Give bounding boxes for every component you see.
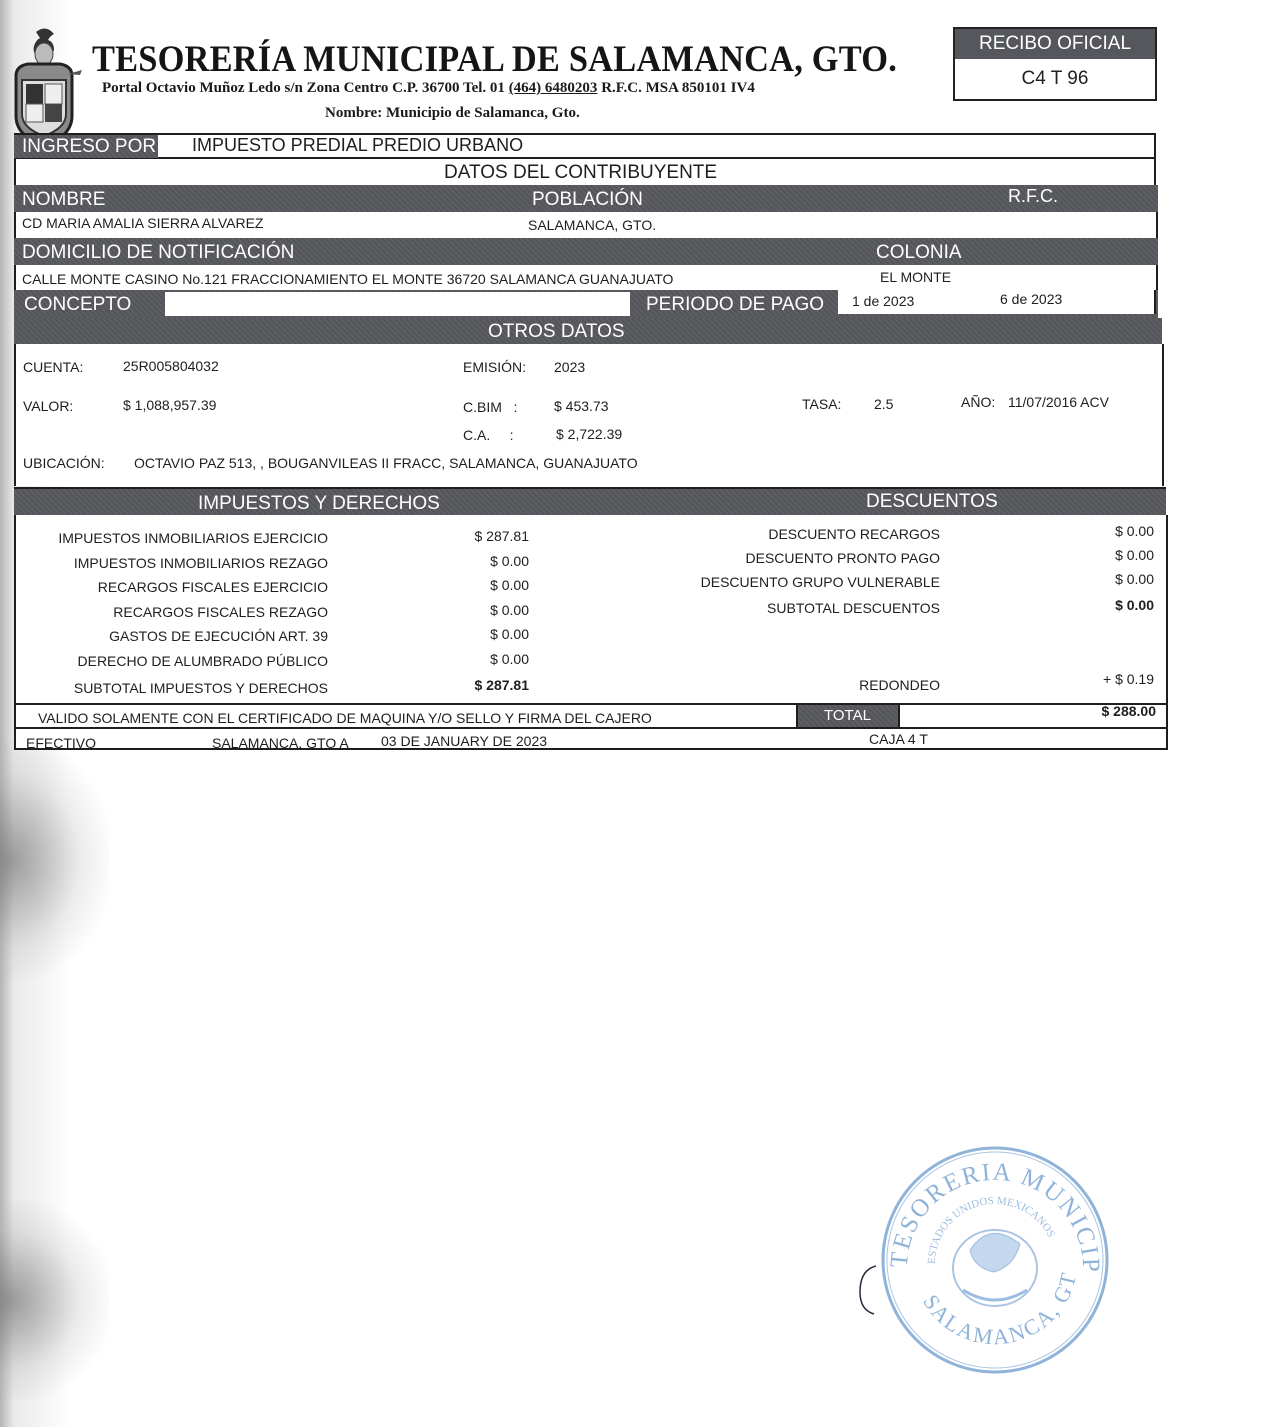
impuesto-item-label: DERECHO DE ALUMBRADO PÚBLICO — [78, 653, 329, 669]
concepto-label: CONCEPTO — [24, 294, 131, 316]
total-label-cell: TOTAL — [798, 705, 898, 727]
cuenta-value: 25R005804032 — [123, 358, 219, 374]
ca-label: C.A. : — [463, 427, 514, 443]
redondeo-value: + $ 0.19 — [1103, 671, 1154, 687]
rfc-label: R.F.C. — [1008, 186, 1058, 207]
header-entity-name: Nombre: Municipio de Salamanca, Gto. — [325, 105, 580, 122]
descuento-item-label: DESCUENTO GRUPO VULNERABLE — [701, 574, 940, 590]
valor-value: $ 1,088,957.39 — [123, 397, 216, 413]
descuentos-section-title: DESCUENTOS — [866, 491, 998, 513]
cbim-value: $ 453.73 — [554, 398, 609, 414]
divider — [898, 703, 900, 729]
otros-section-title: OTROS DATOS — [488, 321, 625, 343]
emision-value: 2023 — [554, 359, 585, 375]
ubicacion-label: UBICACIÓN: — [23, 455, 105, 471]
poblacion-value: SALAMANCA, GTO. — [528, 217, 656, 233]
receipt-box: RECIBO OFICIAL C4 T 96 — [953, 27, 1157, 101]
domicilio-data-row: CALLE MONTE CASINO No.121 FRACCIONAMIENT… — [14, 265, 1158, 290]
impuestos-subtotal-label: SUBTOTAL IMPUESTOS Y DERECHOS — [74, 680, 328, 696]
total-label: TOTAL — [824, 707, 871, 724]
impuesto-item-label: RECARGOS FISCALES REZAGO — [113, 604, 328, 620]
impuesto-item-amount: $ 0.00 — [490, 626, 529, 642]
ca-value: $ 2,722.39 — [556, 426, 622, 442]
emision-label: EMISIÓN: — [463, 359, 526, 375]
cuenta-label: CUENTA: — [23, 359, 83, 375]
contribuyente-data-row: CD MARIA AMALIA SIERRA ALVAREZ SALAMANCA… — [14, 212, 1158, 238]
impuesto-item-amount: $ 287.81 — [475, 528, 530, 544]
impuestos-descuentos-bar: IMPUESTOS Y DERECHOS DESCUENTOS — [14, 487, 1166, 515]
impuesto-item-label: RECARGOS FISCALES EJERCICIO — [98, 579, 328, 595]
impuestos-descuentos-panel: IMPUESTOS INMOBILIARIOS EJERCICIO$ 287.8… — [14, 515, 1168, 703]
validez-notice: VALIDO SOLAMENTE CON EL CERTIFICADO DE M… — [38, 710, 652, 726]
impuesto-item-amount: $ 0.00 — [490, 651, 529, 667]
ingreso-value: IMPUESTO PREDIAL PREDIO URBANO — [192, 135, 523, 156]
pago-row: EFECTIVO SALAMANCA, GTO A 03 DE JANUARY … — [14, 729, 1168, 750]
receipt-number: C4 T 96 — [955, 59, 1155, 99]
colonia-value: EL MONTE — [880, 269, 951, 285]
valor-label: VALOR: — [23, 398, 73, 414]
validez-total-row: VALIDO SOLAMENTE CON EL CERTIFICADO DE M… — [14, 703, 1168, 729]
anio-label: AÑO: — [961, 394, 995, 410]
scan-artifact — [0, 740, 110, 980]
tasa-value: 2.5 — [874, 396, 893, 412]
impuesto-item-label: IMPUESTOS INMOBILIARIOS EJERCICIO — [58, 530, 328, 546]
nombre-label: NOMBRE — [22, 189, 105, 211]
ubicacion-value: OCTAVIO PAZ 513, , BOUGANVILEAS II FRACC… — [134, 455, 638, 471]
ingreso-row — [14, 133, 1156, 159]
descuento-item-label: DESCUENTO PRONTO PAGO — [746, 550, 940, 566]
descuentos-subtotal-label: SUBTOTAL DESCUENTOS — [767, 600, 940, 616]
official-seal-icon: TESORERIA MUNICIPAL SALAMANCA, GTO. ESTA… — [875, 1140, 1115, 1380]
address-prefix: Portal Octavio Muñoz Ledo s/n Zona Centr… — [102, 80, 509, 96]
descuentos-subtotal-value: $ 0.00 — [1115, 597, 1154, 613]
domicilio-label: DOMICILIO DE NOTIFICACIÓN — [22, 242, 294, 264]
contribuyente-title-row: DATOS DEL CONTRIBUYENTE — [14, 159, 1156, 185]
poblacion-label: POBLACIÓN — [532, 189, 643, 211]
otros-datos-panel: CUENTA: 25R005804032 EMISIÓN: 2023 VALOR… — [14, 344, 1164, 486]
otros-datos-bar: OTROS DATOS — [14, 318, 1162, 344]
total-value: $ 288.00 — [1102, 703, 1157, 719]
periodo-hasta: 6 de 2023 — [1000, 291, 1062, 307]
anio-value: 11/07/2016 ACV — [1008, 394, 1109, 410]
cbim-label: C.BIM : — [463, 399, 517, 415]
redondeo-label: REDONDEO — [859, 677, 940, 693]
contribuyente-header-bar: NOMBRE POBLACIÓN R.F.C. — [14, 185, 1158, 212]
phone-number: (464) 6480203 — [509, 80, 598, 96]
caja: CAJA 4 T — [869, 731, 928, 747]
periodo-field: 1 de 2023 6 de 2023 — [838, 290, 1156, 314]
domicilio-value: CALLE MONTE CASINO No.121 FRACCIONAMIENT… — [22, 271, 673, 287]
scan-artifact — [0, 1200, 110, 1400]
impuesto-item-amount: $ 0.00 — [490, 553, 529, 569]
ingreso-label-cell: INGRESO POR — [14, 135, 158, 158]
colonia-label: COLONIA — [876, 242, 962, 264]
nombre-value: CD MARIA AMALIA SIERRA ALVAREZ — [22, 215, 263, 231]
impuesto-item-label: IMPUESTOS INMOBILIARIOS REZAGO — [74, 555, 328, 571]
ingreso-label: INGRESO POR — [22, 136, 156, 158]
header-address: Portal Octavio Muñoz Ledo s/n Zona Centr… — [102, 80, 755, 97]
periodo-label: PERIODO DE PAGO — [646, 294, 824, 316]
concepto-field — [165, 292, 630, 316]
page-title: TESORERÍA MUNICIPAL DE SALAMANCA, GTO. — [92, 38, 897, 81]
periodo-desde: 1 de 2023 — [852, 293, 914, 309]
receipt-label: RECIBO OFICIAL — [955, 29, 1155, 59]
contribuyente-section-title: DATOS DEL CONTRIBUYENTE — [444, 162, 717, 184]
descuento-item-amount: $ 0.00 — [1115, 571, 1154, 587]
descuento-item-amount: $ 0.00 — [1115, 547, 1154, 563]
impuestos-section-title: IMPUESTOS Y DERECHOS — [198, 493, 440, 515]
forma-pago: EFECTIVO — [26, 735, 96, 751]
lugar: SALAMANCA, GTO A — [212, 735, 349, 751]
impuesto-item-amount: $ 0.00 — [490, 602, 529, 618]
descuento-item-amount: $ 0.00 — [1115, 523, 1154, 539]
address-suffix: R.F.C. MSA 850101 IV4 — [597, 80, 754, 96]
descuento-item-label: DESCUENTO RECARGOS — [768, 526, 940, 542]
domicilio-header-bar: DOMICILIO DE NOTIFICACIÓN COLONIA — [14, 238, 1158, 265]
impuesto-item-amount: $ 0.00 — [490, 577, 529, 593]
fecha: 03 DE JANUARY DE 2023 — [381, 733, 547, 749]
tasa-label: TASA: — [802, 396, 841, 412]
impuestos-subtotal-value: $ 287.81 — [475, 677, 530, 693]
impuesto-item-label: GASTOS DE EJECUCIÓN ART. 39 — [109, 628, 328, 644]
